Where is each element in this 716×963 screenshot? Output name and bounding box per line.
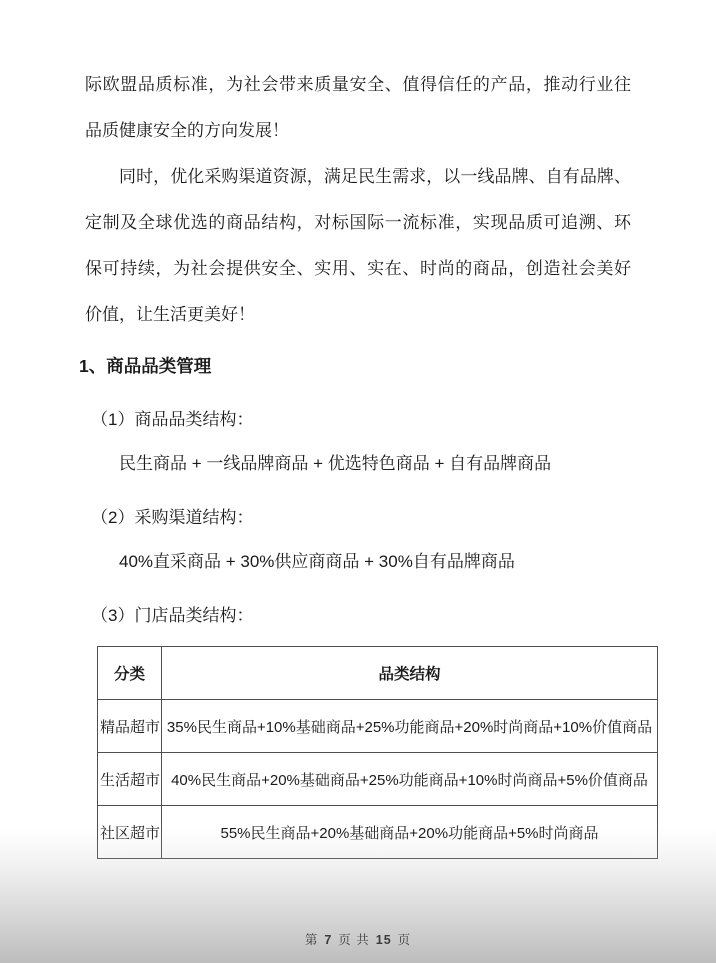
table-cell-structure: 40%民生商品+20%基础商品+25%功能商品+10%时尚商品+5%价值商品 [162,753,658,806]
table-header-cell: 品类结构 [162,647,658,700]
store-category-table: 分类 品类结构 精品超市 35%民生商品+10%基础商品+25%功能商品+20%… [97,646,658,859]
paragraph: 同时，优化采购渠道资源，满足民生需求，以一线品牌、自有品牌、 定制及全球优选的商… [85,154,631,338]
paragraph: 际欧盟品质标准，为社会带来质量安全、值得信任的产品，推动行业往 品质健康安全的方… [85,62,631,154]
list-item: （3）门店品类结构： [85,602,631,630]
table-header-cell: 分类 [98,647,162,700]
table-cell-category: 生活超市 [98,753,162,806]
table-row: 生活超市 40%民生商品+20%基础商品+25%功能商品+10%时尚商品+5%价… [98,753,658,806]
body-text-line: 品质健康安全的方向发展！ [85,108,631,154]
table-row: 精品超市 35%民生商品+10%基础商品+25%功能商品+20%时尚商品+10%… [98,700,658,753]
body-text-line: 际欧盟品质标准，为社会带来质量安全、值得信任的产品，推动行业往 [85,62,631,108]
list-item-label: （2）采购渠道结构： [91,504,631,532]
body-text-line: 价值，让生活更美好！ [85,292,631,338]
total-pages: 15 [376,933,392,947]
table-cell-category: 精品超市 [98,700,162,753]
page-footer: 第7页 共15页 [0,930,716,948]
page-number: 7 [324,933,332,947]
list-item: （1）商品品类结构： 民生商品 + 一线品牌商品 + 优选特色商品 + 自有品牌… [85,406,631,478]
section-heading: 1、商品品类管理 [79,352,631,380]
document-page: 际欧盟品质标准，为社会带来质量安全、值得信任的产品，推动行业往 品质健康安全的方… [0,0,716,963]
list-item-detail: 40%直采商品 + 30%供应商商品 + 30%自有品牌商品 [119,548,631,576]
body-text-line: 定制及全球优选的商品结构，对标国际一流标准，实现品质可追溯、环 [85,200,631,246]
table-row: 社区超市 55%民生商品+20%基础商品+20%功能商品+5%时尚商品 [98,806,658,859]
body-text-line: 同时，优化采购渠道资源，满足民生需求，以一线品牌、自有品牌、 [85,154,631,200]
list-item: （2）采购渠道结构： 40%直采商品 + 30%供应商商品 + 30%自有品牌商… [85,504,631,576]
list-item-label: （1）商品品类结构： [91,406,631,434]
list-item-label: （3）门店品类结构： [91,602,631,630]
footer-middle: 页 共 [338,933,369,947]
table-cell-structure: 35%民生商品+10%基础商品+25%功能商品+20%时尚商品+10%价值商品 [162,700,658,753]
page-body: 际欧盟品质标准，为社会带来质量安全、值得信任的产品，推动行业往 品质健康安全的方… [0,0,716,859]
list-item-detail: 民生商品 + 一线品牌商品 + 优选特色商品 + 自有品牌商品 [119,450,631,478]
footer-suffix: 页 [398,933,412,947]
body-text-line: 保可持续，为社会提供安全、实用、实在、时尚的商品，创造社会美好 [85,246,631,292]
footer-prefix: 第 [305,933,319,947]
table-header-row: 分类 品类结构 [98,647,658,700]
table-cell-category: 社区超市 [98,806,162,859]
table-cell-structure: 55%民生商品+20%基础商品+20%功能商品+5%时尚商品 [162,806,658,859]
